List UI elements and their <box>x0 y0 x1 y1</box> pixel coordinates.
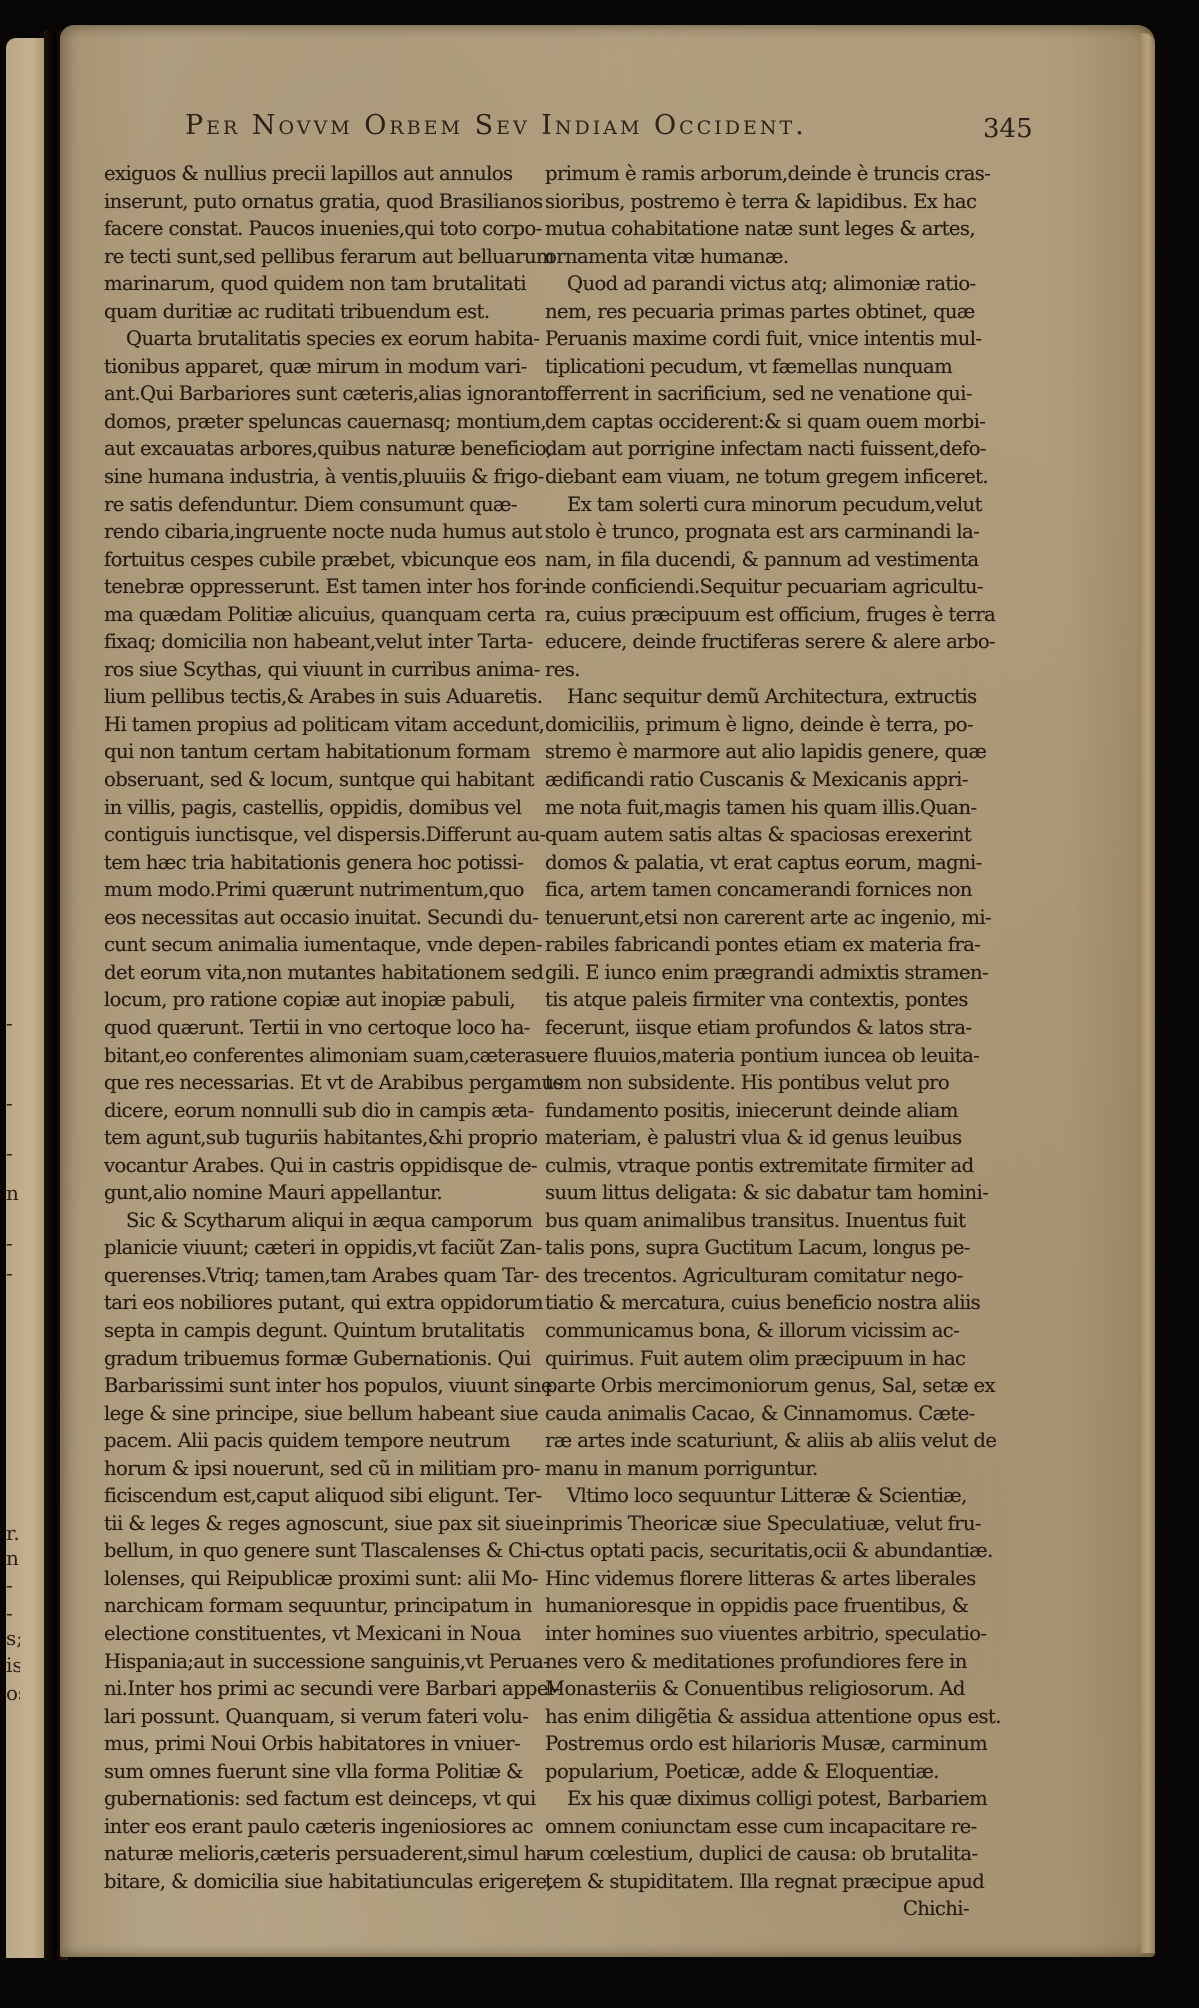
text-line: Hi tamen propius ad politicam vitam acce… <box>104 711 534 739</box>
text-line: querenses.Vtriq; tamen,tam Arabes quam T… <box>104 1262 534 1290</box>
text-line: parte Orbis mercimoniorum genus, Sal, se… <box>545 1372 975 1400</box>
text-line: septa in campis degunt. Quintum brutalit… <box>104 1317 534 1345</box>
text-line: re satis defenduntur. Diem consumunt quæ… <box>104 491 534 519</box>
text-line: inprimis Theoricæ siue Speculatiuæ, velu… <box>545 1510 975 1538</box>
text-line: contiguis iunctisque, vel dispersis.Diff… <box>104 821 534 849</box>
running-head: Per Novvm Orbem Sev Indiam Occident. 345 <box>185 110 1045 150</box>
text-line: tenuerunt,etsi non carerent arte ac inge… <box>545 904 975 932</box>
text-line: sine humana industria, à ventis,pluuiis … <box>104 463 534 491</box>
text-line: primum è ramis arborum,deinde è truncis … <box>545 160 975 188</box>
page-fore-edge <box>1141 33 1155 1953</box>
text-line: diebant eam viuam, ne totum gregem infic… <box>545 463 975 491</box>
text-line: domiciliis, primum è ligno, deinde è ter… <box>545 711 975 739</box>
text-line: que res necessarias. Et vt de Arabibus p… <box>104 1069 534 1097</box>
text-line: ma quædam Politiæ alicuius, quanquam cer… <box>104 601 534 629</box>
text-line: mum modo.Primi quærunt nutrimentum,quo <box>104 876 534 904</box>
previous-page-text-fragment: - <box>6 1140 20 1167</box>
text-line: Ex his quæ diximus colligi potest, Barba… <box>545 1785 975 1813</box>
previous-page-edge: ---n--r.n--s;isos <box>6 38 48 1958</box>
text-line: quod quærunt. Tertii in vno certoque loc… <box>104 1014 534 1042</box>
text-line: materiam, è palustri vlua & id genus leu… <box>545 1124 975 1152</box>
text-line: bus quam animalibus transitus. Inuentus … <box>545 1207 975 1235</box>
running-head-title: Per Novvm Orbem Sev Indiam Occident. <box>185 110 807 141</box>
text-line: tari eos nobiliores putant, qui extra op… <box>104 1289 534 1317</box>
text-line: cunt secum animalia iumentaque, vnde dep… <box>104 931 534 959</box>
text-line: tionibus apparet, quæ mirum in modum var… <box>104 353 534 381</box>
text-line: suum littus deligata: & sic dabatur tam … <box>545 1179 975 1207</box>
text-line: stolo è trunco, prognata est ars carmina… <box>545 518 975 546</box>
previous-page-text-fragment: r. <box>6 1520 20 1547</box>
text-line: naturæ melioris,cæteris persuaderent,sim… <box>104 1840 534 1868</box>
text-line: ra, cuius præcipuum est officium, fruges… <box>545 601 975 629</box>
text-line: ficiscendum est,caput aliquod sibi eligu… <box>104 1482 534 1510</box>
previous-page-text-fragment: os <box>6 1680 20 1707</box>
text-line: rabiles fabricandi pontes etiam ex mater… <box>545 931 975 959</box>
text-line: res. <box>545 656 975 684</box>
text-column-left: exiguos & nullius precii lapillos aut an… <box>104 160 534 1895</box>
text-line: lolenses, qui Reipublicæ proximi sunt: a… <box>104 1565 534 1593</box>
previous-page-text-fragment: is <box>6 1652 20 1679</box>
text-line: inde conficiendi.Sequitur pecuariam agri… <box>545 573 975 601</box>
text-line: fecerunt, iisque etiam profundos & latos… <box>545 1014 975 1042</box>
text-line: tii & leges & reges agnoscunt, siue pax … <box>104 1510 534 1538</box>
text-line: tiplicationi pecudum, vt fæmellas nunqua… <box>545 353 975 381</box>
text-line: gili. E iunco enim prægrandi admixtis st… <box>545 959 975 987</box>
text-line: rendo cibaria,ingruente nocte nuda humus… <box>104 518 534 546</box>
text-line: Postremus ordo est hilarioris Musæ, carm… <box>545 1730 975 1758</box>
text-line: stremo è marmore aut alio lapidis genere… <box>545 738 975 766</box>
text-line: nes vero & meditationes profundiores fer… <box>545 1648 975 1676</box>
text-line: Hinc videmus florere litteras & artes li… <box>545 1565 975 1593</box>
text-line: offerrent in sacrificium, sed ne venatio… <box>545 380 975 408</box>
previous-page-text-fragment: - <box>6 1572 20 1599</box>
text-line: uere fluuios,materia pontium iuncea ob l… <box>545 1042 975 1070</box>
text-line: tem non subsidente. His pontibus velut p… <box>545 1069 975 1097</box>
text-line: quam autem satis altas & spaciosas erexe… <box>545 821 975 849</box>
text-line: planicie viuunt; cæteri in oppidis,vt fa… <box>104 1234 534 1262</box>
text-line: locum, pro ratione copiæ aut inopiæ pabu… <box>104 986 534 1014</box>
text-line: obseruant, sed & locum, suntque qui habi… <box>104 766 534 794</box>
text-line: nem, res pecuaria primas partes obtinet,… <box>545 298 975 326</box>
text-line: bitant,eo conferentes alimoniam suam,cæt… <box>104 1042 534 1070</box>
text-line: cauda animalis Cacao, & Cinnamomus. Cæte… <box>545 1400 975 1428</box>
text-line: des trecentos. Agriculturam comitatur ne… <box>545 1262 975 1290</box>
text-line: fortuitus cespes cubile præbet, vbicunqu… <box>104 546 534 574</box>
text-line: educere, deinde fructiferas serere & ale… <box>545 628 975 656</box>
text-line: tem & stupiditatem. Illa regnat præcipue… <box>545 1868 975 1896</box>
text-line: lege & sine principe, siue bellum habean… <box>104 1400 534 1428</box>
text-line: bitare, & domicilia siue habitatiunculas… <box>104 1868 534 1896</box>
text-line: fica, artem tamen concamerandi fornices … <box>545 876 975 904</box>
text-line: omnem coniunctam esse cum incapacitare r… <box>545 1813 975 1841</box>
previous-page-text-fragment: - <box>6 1010 20 1037</box>
book-page: Per Novvm Orbem Sev Indiam Occident. 345… <box>60 25 1155 1957</box>
text-line: ctus optati pacis, securitatis,ocii & ab… <box>545 1537 975 1565</box>
text-line: tis atque paleis firmiter vna contextis,… <box>545 986 975 1014</box>
text-line: Chichi- <box>545 1895 975 1923</box>
text-line: horum & ipsi nouerunt, sed cũ in militia… <box>104 1455 534 1483</box>
text-line: fixaq; domicilia non habeant,velut inter… <box>104 628 534 656</box>
text-line: qui non tantum certam habitationum forma… <box>104 738 534 766</box>
text-line: ant.Qui Barbariores sunt cæteris,alias i… <box>104 380 534 408</box>
previous-page-text-fragment: n <box>6 1180 20 1207</box>
text-line: tem agunt,sub tuguriis habitantes,&hi pr… <box>104 1124 534 1152</box>
text-line: ornamenta vitæ humanæ. <box>545 243 975 271</box>
text-line: culmis, vtraque pontis extremitate firmi… <box>545 1152 975 1180</box>
text-line: electione constituentes, vt Mexicani in … <box>104 1620 534 1648</box>
text-line: lium pellibus tectis,& Arabes in suis Ad… <box>104 683 534 711</box>
text-line: dicere, eorum nonnulli sub dio in campis… <box>104 1097 534 1125</box>
text-line: ni.Inter hos primi ac secundi vere Barba… <box>104 1675 534 1703</box>
text-line: nam, in fila ducendi, & pannum ad vestim… <box>545 546 975 574</box>
text-line: bellum, in quo genere sunt Tlascalenses … <box>104 1537 534 1565</box>
text-line: gradum tribuemus formæ Gubernationis. Qu… <box>104 1345 534 1373</box>
text-line: communicamus bona, & illorum vicissim ac… <box>545 1317 975 1345</box>
previous-page-text-fragment: - <box>6 1090 20 1117</box>
text-line: inserunt, puto ornatus gratia, quod Bras… <box>104 188 534 216</box>
text-line: eos necessitas aut occasio inuitat. Secu… <box>104 904 534 932</box>
previous-page-text-fragment: - <box>6 1600 20 1627</box>
text-line: mus, primi Noui Orbis habitatores in vni… <box>104 1730 534 1758</box>
text-line: marinarum, quod quidem non tam brutalita… <box>104 270 534 298</box>
text-line: domos, præter speluncas cauernasq; monti… <box>104 408 534 436</box>
text-line: ræ artes inde scaturiunt, & aliis ab ali… <box>545 1427 975 1455</box>
text-line: exiguos & nullius precii lapillos aut an… <box>104 160 534 188</box>
text-line: Barbarissimi sunt inter hos populos, viu… <box>104 1372 534 1400</box>
text-line: tenebræ oppresserunt. Est tamen inter ho… <box>104 573 534 601</box>
text-line: sum omnes fuerunt sine vlla forma Politi… <box>104 1758 534 1786</box>
previous-page-text-fragment: - <box>6 1230 20 1257</box>
text-line: narchicam formam sequuntur, principatum … <box>104 1592 534 1620</box>
text-line: Ex tam solerti cura minorum pecudum,velu… <box>545 491 975 519</box>
text-line: rum cœlestium, duplici de causa: ob brut… <box>545 1840 975 1868</box>
text-line: in villis, pagis, castellis, oppidis, do… <box>104 794 534 822</box>
text-line: Monasteriis & Conuentibus religiosorum. … <box>545 1675 975 1703</box>
text-line: talis pons, supra Guctitum Lacum, longus… <box>545 1234 975 1262</box>
previous-page-text-fragment: s; <box>6 1625 20 1652</box>
text-line: quirimus. Fuit autem olim præcipuum in h… <box>545 1345 975 1373</box>
text-line: fundamento positis, iniecerunt deinde al… <box>545 1097 975 1125</box>
text-line: gunt,alio nomine Mauri appellantur. <box>104 1179 534 1207</box>
previous-page-text-fragment: - <box>6 1260 20 1287</box>
previous-page-text-fragment: n <box>6 1545 20 1572</box>
text-line: inter eos erant paulo cæteris ingeniosio… <box>104 1813 534 1841</box>
page-number: 345 <box>983 114 1033 144</box>
text-line: lari possunt. Quanquam, si verum fateri … <box>104 1703 534 1731</box>
text-line: quam duritiæ ac ruditati tribuendum est. <box>104 298 534 326</box>
text-line: vocantur Arabes. Qui in castris oppidisq… <box>104 1152 534 1180</box>
text-line: ædificandi ratio Cuscanis & Mexicanis ap… <box>545 766 975 794</box>
text-line: popularium, Poeticæ, adde & Eloquentiæ. <box>545 1758 975 1786</box>
text-line: sioribus, postremo è terra & lapidibus. … <box>545 188 975 216</box>
text-line: me nota fuit,magis tamen his quam illis.… <box>545 794 975 822</box>
text-line: tiatio & mercatura, cuius beneficio nost… <box>545 1289 975 1317</box>
text-line: facere constat. Paucos inuenies,qui toto… <box>104 215 534 243</box>
text-line: Quarta brutalitatis species ex eorum hab… <box>104 325 534 353</box>
text-column-right: primum è ramis arborum,deinde è truncis … <box>545 160 975 1923</box>
text-line: pacem. Alii pacis quidem tempore neutrum <box>104 1427 534 1455</box>
text-line: mutua cohabitatione natæ sunt leges & ar… <box>545 215 975 243</box>
text-line: inter homines suo viuentes arbitrio, spe… <box>545 1620 975 1648</box>
text-line: Quod ad parandi victus atq; alimoniæ rat… <box>545 270 975 298</box>
text-line: aut excauatas arbores,quibus naturæ bene… <box>104 435 534 463</box>
text-line: dem captas occiderent:& si quam ouem mor… <box>545 408 975 436</box>
text-line: Peruanis maxime cordi fuit, vnice intent… <box>545 325 975 353</box>
text-line: dam aut porrigine infectam nacti fuissen… <box>545 435 975 463</box>
text-line: has enim diligẽtia & assidua attentione … <box>545 1703 975 1731</box>
text-line: Hanc sequitur demũ Architectura, extruct… <box>545 683 975 711</box>
text-line: domos & palatia, vt erat captus eorum, m… <box>545 849 975 877</box>
text-line: ros siue Scythas, qui viuunt in curribus… <box>104 656 534 684</box>
text-line: manu in manum porriguntur. <box>545 1455 975 1483</box>
text-line: det eorum vita,non mutantes habitationem… <box>104 959 534 987</box>
text-line: Vltimo loco sequuntur Litteræ & Scientiæ… <box>545 1482 975 1510</box>
text-line: Hispania;aut in successione sanguinis,vt… <box>104 1648 534 1676</box>
text-line: gubernationis: sed factum est deinceps, … <box>104 1785 534 1813</box>
text-line: Sic & Scytharum aliqui in æqua camporum <box>104 1207 534 1235</box>
text-line: tem hæc tria habitationis genera hoc pot… <box>104 849 534 877</box>
text-line: re tecti sunt,sed pellibus ferarum aut b… <box>104 243 534 271</box>
text-line: humanioresque in oppidis pace fruentibus… <box>545 1592 975 1620</box>
